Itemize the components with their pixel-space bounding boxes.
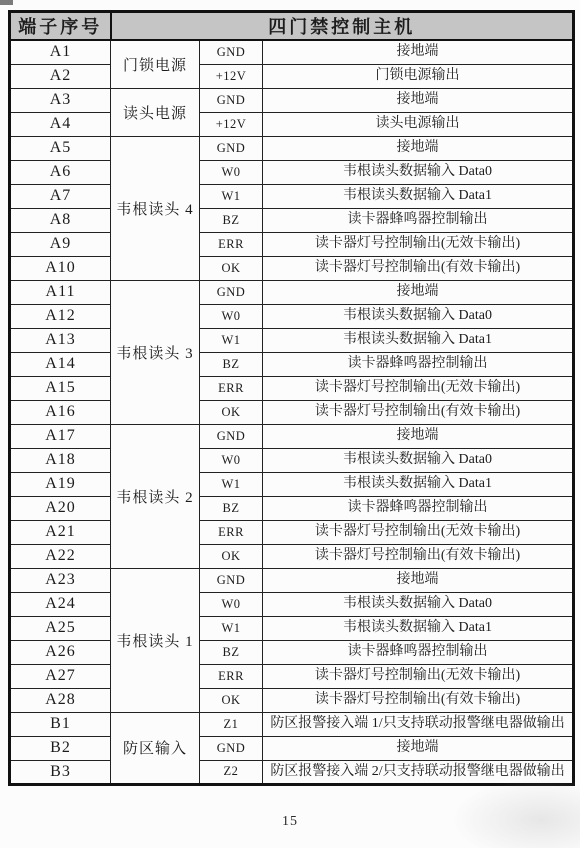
watermark-smudge bbox=[450, 778, 580, 848]
terminal-id-cell: A16 bbox=[10, 400, 111, 424]
header-terminal-number: 端子序号 bbox=[10, 12, 111, 41]
table-row: A20BZ读卡器蜂鸣器控制输出 bbox=[10, 496, 574, 520]
terminal-id-cell: A25 bbox=[10, 616, 111, 640]
table-row: A18W0韦根读头数据输入 Data0 bbox=[10, 448, 574, 472]
signal-name-cell: W0 bbox=[200, 304, 263, 328]
terminal-id-cell: B1 bbox=[10, 712, 111, 736]
terminal-id-cell: B3 bbox=[10, 760, 111, 784]
signal-name-cell: W1 bbox=[200, 328, 263, 352]
signal-name-cell: OK bbox=[200, 688, 263, 712]
signal-name-cell: GND bbox=[200, 736, 263, 760]
table-row: A2+12V门锁电源输出 bbox=[10, 64, 574, 88]
table-row: A9ERR读卡器灯号控制输出(无效卡输出) bbox=[10, 232, 574, 256]
description-cell: 读卡器灯号控制输出(有效卡输出) bbox=[263, 544, 574, 568]
signal-name-cell: BZ bbox=[200, 640, 263, 664]
description-cell: 读卡器灯号控制输出(有效卡输出) bbox=[263, 688, 574, 712]
signal-name-cell: GND bbox=[200, 40, 263, 64]
terminal-id-cell: A4 bbox=[10, 112, 111, 136]
table-row: A16OK读卡器灯号控制输出(有效卡输出) bbox=[10, 400, 574, 424]
description-cell: 韦根读头数据输入 Data0 bbox=[263, 160, 574, 184]
table-header: 端子序号 四门禁控制主机 bbox=[10, 12, 574, 41]
table-row: A24W0韦根读头数据输入 Data0 bbox=[10, 592, 574, 616]
terminal-id-cell: A15 bbox=[10, 376, 111, 400]
description-cell: 接地端 bbox=[263, 136, 574, 160]
terminal-id-cell: A7 bbox=[10, 184, 111, 208]
description-cell: 读卡器灯号控制输出(有效卡输出) bbox=[263, 400, 574, 424]
description-cell: 韦根读头数据输入 Data1 bbox=[263, 328, 574, 352]
table-row: A10OK读卡器灯号控制输出(有效卡输出) bbox=[10, 256, 574, 280]
wiring-table-body: A1门锁电源GND接地端A2+12V门锁电源输出A3读头电源GND接地端A4+1… bbox=[10, 40, 574, 784]
terminal-id-cell: A14 bbox=[10, 352, 111, 376]
group-label-cell: 韦根读头 3 bbox=[111, 280, 200, 424]
signal-name-cell: OK bbox=[200, 256, 263, 280]
table-row: A17韦根读头 2GND接地端 bbox=[10, 424, 574, 448]
terminal-id-cell: A11 bbox=[10, 280, 111, 304]
signal-name-cell: Z2 bbox=[200, 760, 263, 784]
description-cell: 接地端 bbox=[263, 280, 574, 304]
table-row: A22OK读卡器灯号控制输出(有效卡输出) bbox=[10, 544, 574, 568]
description-cell: 读卡器蜂鸣器控制输出 bbox=[263, 640, 574, 664]
terminal-id-cell: A21 bbox=[10, 520, 111, 544]
terminal-id-cell: B2 bbox=[10, 736, 111, 760]
description-cell: 防区报警接入端 1/只支持联动报警继电器做输出 bbox=[263, 712, 574, 736]
table-row: A8BZ读卡器蜂鸣器控制输出 bbox=[10, 208, 574, 232]
terminal-id-cell: A12 bbox=[10, 304, 111, 328]
table-row: A19W1韦根读头数据输入 Data1 bbox=[10, 472, 574, 496]
terminal-id-cell: A24 bbox=[10, 592, 111, 616]
description-cell: 接地端 bbox=[263, 88, 574, 112]
terminal-id-cell: A28 bbox=[10, 688, 111, 712]
signal-name-cell: BZ bbox=[200, 496, 263, 520]
signal-name-cell: W0 bbox=[200, 448, 263, 472]
signal-name-cell: Z1 bbox=[200, 712, 263, 736]
table-row: A4+12V读头电源输出 bbox=[10, 112, 574, 136]
group-label-cell: 韦根读头 2 bbox=[111, 424, 200, 568]
terminal-id-cell: A18 bbox=[10, 448, 111, 472]
page-number: 15 bbox=[0, 814, 580, 830]
group-label-cell: 韦根读头 1 bbox=[111, 568, 200, 712]
description-cell: 读头电源输出 bbox=[263, 112, 574, 136]
signal-name-cell: GND bbox=[200, 136, 263, 160]
signal-name-cell: +12V bbox=[200, 64, 263, 88]
description-cell: 接地端 bbox=[263, 568, 574, 592]
signal-name-cell: OK bbox=[200, 544, 263, 568]
table-row: A23韦根读头 1GND接地端 bbox=[10, 568, 574, 592]
signal-name-cell: W0 bbox=[200, 592, 263, 616]
signal-name-cell: GND bbox=[200, 568, 263, 592]
description-cell: 接地端 bbox=[263, 736, 574, 760]
table-row: A27ERR读卡器灯号控制输出(无效卡输出) bbox=[10, 664, 574, 688]
table-row: A1门锁电源GND接地端 bbox=[10, 40, 574, 64]
description-cell: 读卡器灯号控制输出(有效卡输出) bbox=[263, 256, 574, 280]
group-label-cell: 防区输入 bbox=[111, 712, 200, 784]
signal-name-cell: BZ bbox=[200, 208, 263, 232]
signal-name-cell: +12V bbox=[200, 112, 263, 136]
description-cell: 防区报警接入端 2/只支持联动报警继电器做输出 bbox=[263, 760, 574, 784]
terminal-id-cell: A23 bbox=[10, 568, 111, 592]
description-cell: 读卡器蜂鸣器控制输出 bbox=[263, 352, 574, 376]
table-row: A28OK读卡器灯号控制输出(有效卡输出) bbox=[10, 688, 574, 712]
signal-name-cell: ERR bbox=[200, 520, 263, 544]
description-cell: 接地端 bbox=[263, 40, 574, 64]
terminal-id-cell: A19 bbox=[10, 472, 111, 496]
description-cell: 韦根读头数据输入 Data0 bbox=[263, 592, 574, 616]
table-row: B3Z2防区报警接入端 2/只支持联动报警继电器做输出 bbox=[10, 760, 574, 784]
table-row: A13W1韦根读头数据输入 Data1 bbox=[10, 328, 574, 352]
terminal-id-cell: A3 bbox=[10, 88, 111, 112]
table-row: A3读头电源GND接地端 bbox=[10, 88, 574, 112]
table-row: A11韦根读头 3GND接地端 bbox=[10, 280, 574, 304]
table-row: A21ERR读卡器灯号控制输出(无效卡输出) bbox=[10, 520, 574, 544]
description-cell: 韦根读头数据输入 Data1 bbox=[263, 472, 574, 496]
description-cell: 读卡器灯号控制输出(无效卡输出) bbox=[263, 664, 574, 688]
description-cell: 门锁电源输出 bbox=[263, 64, 574, 88]
terminal-id-cell: A22 bbox=[10, 544, 111, 568]
table-row: B1防区输入Z1防区报警接入端 1/只支持联动报警继电器做输出 bbox=[10, 712, 574, 736]
group-label-cell: 韦根读头 4 bbox=[111, 136, 200, 280]
signal-name-cell: ERR bbox=[200, 376, 263, 400]
signal-name-cell: GND bbox=[200, 88, 263, 112]
terminal-id-cell: A1 bbox=[10, 40, 111, 64]
table-row: A15ERR读卡器灯号控制输出(无效卡输出) bbox=[10, 376, 574, 400]
header-row: 端子序号 四门禁控制主机 bbox=[10, 12, 574, 41]
table-row: A12W0韦根读头数据输入 Data0 bbox=[10, 304, 574, 328]
description-cell: 接地端 bbox=[263, 424, 574, 448]
signal-name-cell: BZ bbox=[200, 352, 263, 376]
description-cell: 读卡器蜂鸣器控制输出 bbox=[263, 208, 574, 232]
terminal-id-cell: A5 bbox=[10, 136, 111, 160]
terminal-id-cell: A8 bbox=[10, 208, 111, 232]
description-cell: 韦根读头数据输入 Data0 bbox=[263, 448, 574, 472]
signal-name-cell: GND bbox=[200, 424, 263, 448]
terminal-id-cell: A13 bbox=[10, 328, 111, 352]
scan-corner-artifact bbox=[0, 0, 13, 5]
table-row: B2GND接地端 bbox=[10, 736, 574, 760]
terminal-id-cell: A17 bbox=[10, 424, 111, 448]
table-row: A7W1韦根读头数据输入 Data1 bbox=[10, 184, 574, 208]
terminal-id-cell: A9 bbox=[10, 232, 111, 256]
description-cell: 韦根读头数据输入 Data1 bbox=[263, 184, 574, 208]
table-row: A14BZ读卡器蜂鸣器控制输出 bbox=[10, 352, 574, 376]
group-label-cell: 门锁电源 bbox=[111, 40, 200, 88]
signal-name-cell: ERR bbox=[200, 664, 263, 688]
signal-name-cell: ERR bbox=[200, 232, 263, 256]
description-cell: 韦根读头数据输入 Data1 bbox=[263, 616, 574, 640]
terminal-id-cell: A20 bbox=[10, 496, 111, 520]
signal-name-cell: GND bbox=[200, 280, 263, 304]
description-cell: 读卡器灯号控制输出(无效卡输出) bbox=[263, 376, 574, 400]
table-row: A25W1韦根读头数据输入 Data1 bbox=[10, 616, 574, 640]
table-row: A26BZ读卡器蜂鸣器控制输出 bbox=[10, 640, 574, 664]
description-cell: 读卡器灯号控制输出(无效卡输出) bbox=[263, 520, 574, 544]
group-label-cell: 读头电源 bbox=[111, 88, 200, 136]
signal-name-cell: W1 bbox=[200, 184, 263, 208]
terminal-id-cell: A6 bbox=[10, 160, 111, 184]
signal-name-cell: W1 bbox=[200, 472, 263, 496]
terminal-id-cell: A2 bbox=[10, 64, 111, 88]
header-controller-title: 四门禁控制主机 bbox=[111, 12, 574, 41]
terminal-id-cell: A26 bbox=[10, 640, 111, 664]
table-row: A6W0韦根读头数据输入 Data0 bbox=[10, 160, 574, 184]
terminal-id-cell: A10 bbox=[10, 256, 111, 280]
signal-name-cell: OK bbox=[200, 400, 263, 424]
terminal-wiring-table: 端子序号 四门禁控制主机 A1门锁电源GND接地端A2+12V门锁电源输出A3读… bbox=[8, 10, 575, 786]
description-cell: 韦根读头数据输入 Data0 bbox=[263, 304, 574, 328]
signal-name-cell: W1 bbox=[200, 616, 263, 640]
description-cell: 读卡器蜂鸣器控制输出 bbox=[263, 496, 574, 520]
signal-name-cell: W0 bbox=[200, 160, 263, 184]
table-row: A5韦根读头 4GND接地端 bbox=[10, 136, 574, 160]
terminal-id-cell: A27 bbox=[10, 664, 111, 688]
description-cell: 读卡器灯号控制输出(无效卡输出) bbox=[263, 232, 574, 256]
